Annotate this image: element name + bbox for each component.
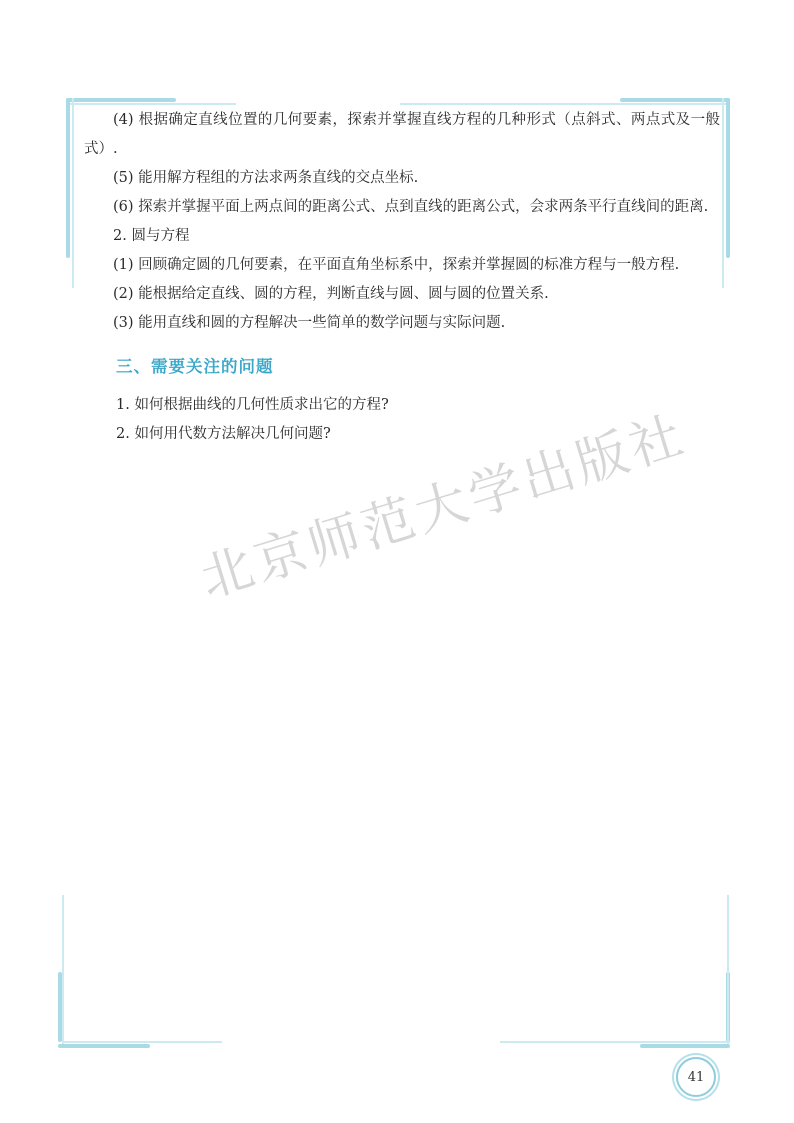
frame-left-top: [66, 98, 70, 258]
frame-left-top-thin: [72, 98, 74, 288]
objective-line-4: (4) 根据确定直线位置的几何要素，探索并掌握直线方程的几种形式（点斜式、两点式…: [84, 106, 720, 164]
objective-circle-1: (1) 回顾确定圆的几何要素，在平面直角坐标系中，探索并掌握圆的标准方程与一般方…: [84, 251, 720, 280]
frame-right-bottom-thin: [727, 895, 729, 1045]
frame-top-right: [620, 98, 730, 102]
subsection-circle-equation: 2. 圆与方程: [84, 222, 720, 251]
objective-circle-3: (3) 能用直线和圆的方程解决一些简单的数学问题与实际问题.: [84, 309, 720, 338]
objective-line-5: (5) 能用解方程组的方法求两条直线的交点坐标.: [84, 164, 720, 193]
objective-circle-2: (2) 能根据给定直线、圆的方程，判断直线与圆、圆与圆的位置关系.: [84, 280, 720, 309]
frame-bottom-right-thin: [500, 1041, 730, 1043]
frame-bottom-right: [640, 1044, 730, 1048]
frame-bottom-left: [58, 1044, 150, 1048]
frame-top-left-thin: [66, 103, 236, 105]
page-number-text: 41: [688, 1070, 705, 1085]
page-content: (4) 根据确定直线位置的几何要素，探索并掌握直线方程的几种形式（点斜式、两点式…: [84, 106, 720, 449]
frame-bottom-left-thin: [62, 1041, 222, 1043]
section-heading: 三、需要关注的问题: [116, 352, 720, 381]
frame-left-bottom-thin: [62, 895, 64, 1045]
frame-top-left: [66, 98, 176, 102]
frame-right-top: [726, 98, 730, 258]
objective-line-6: (6) 探索并掌握平面上两点间的距离公式、点到直线的距离公式，会求两条平行直线间…: [84, 193, 720, 222]
page-number: 41: [676, 1057, 716, 1097]
frame-right-top-thin: [722, 98, 724, 288]
frame-top-right-thin: [400, 103, 730, 105]
